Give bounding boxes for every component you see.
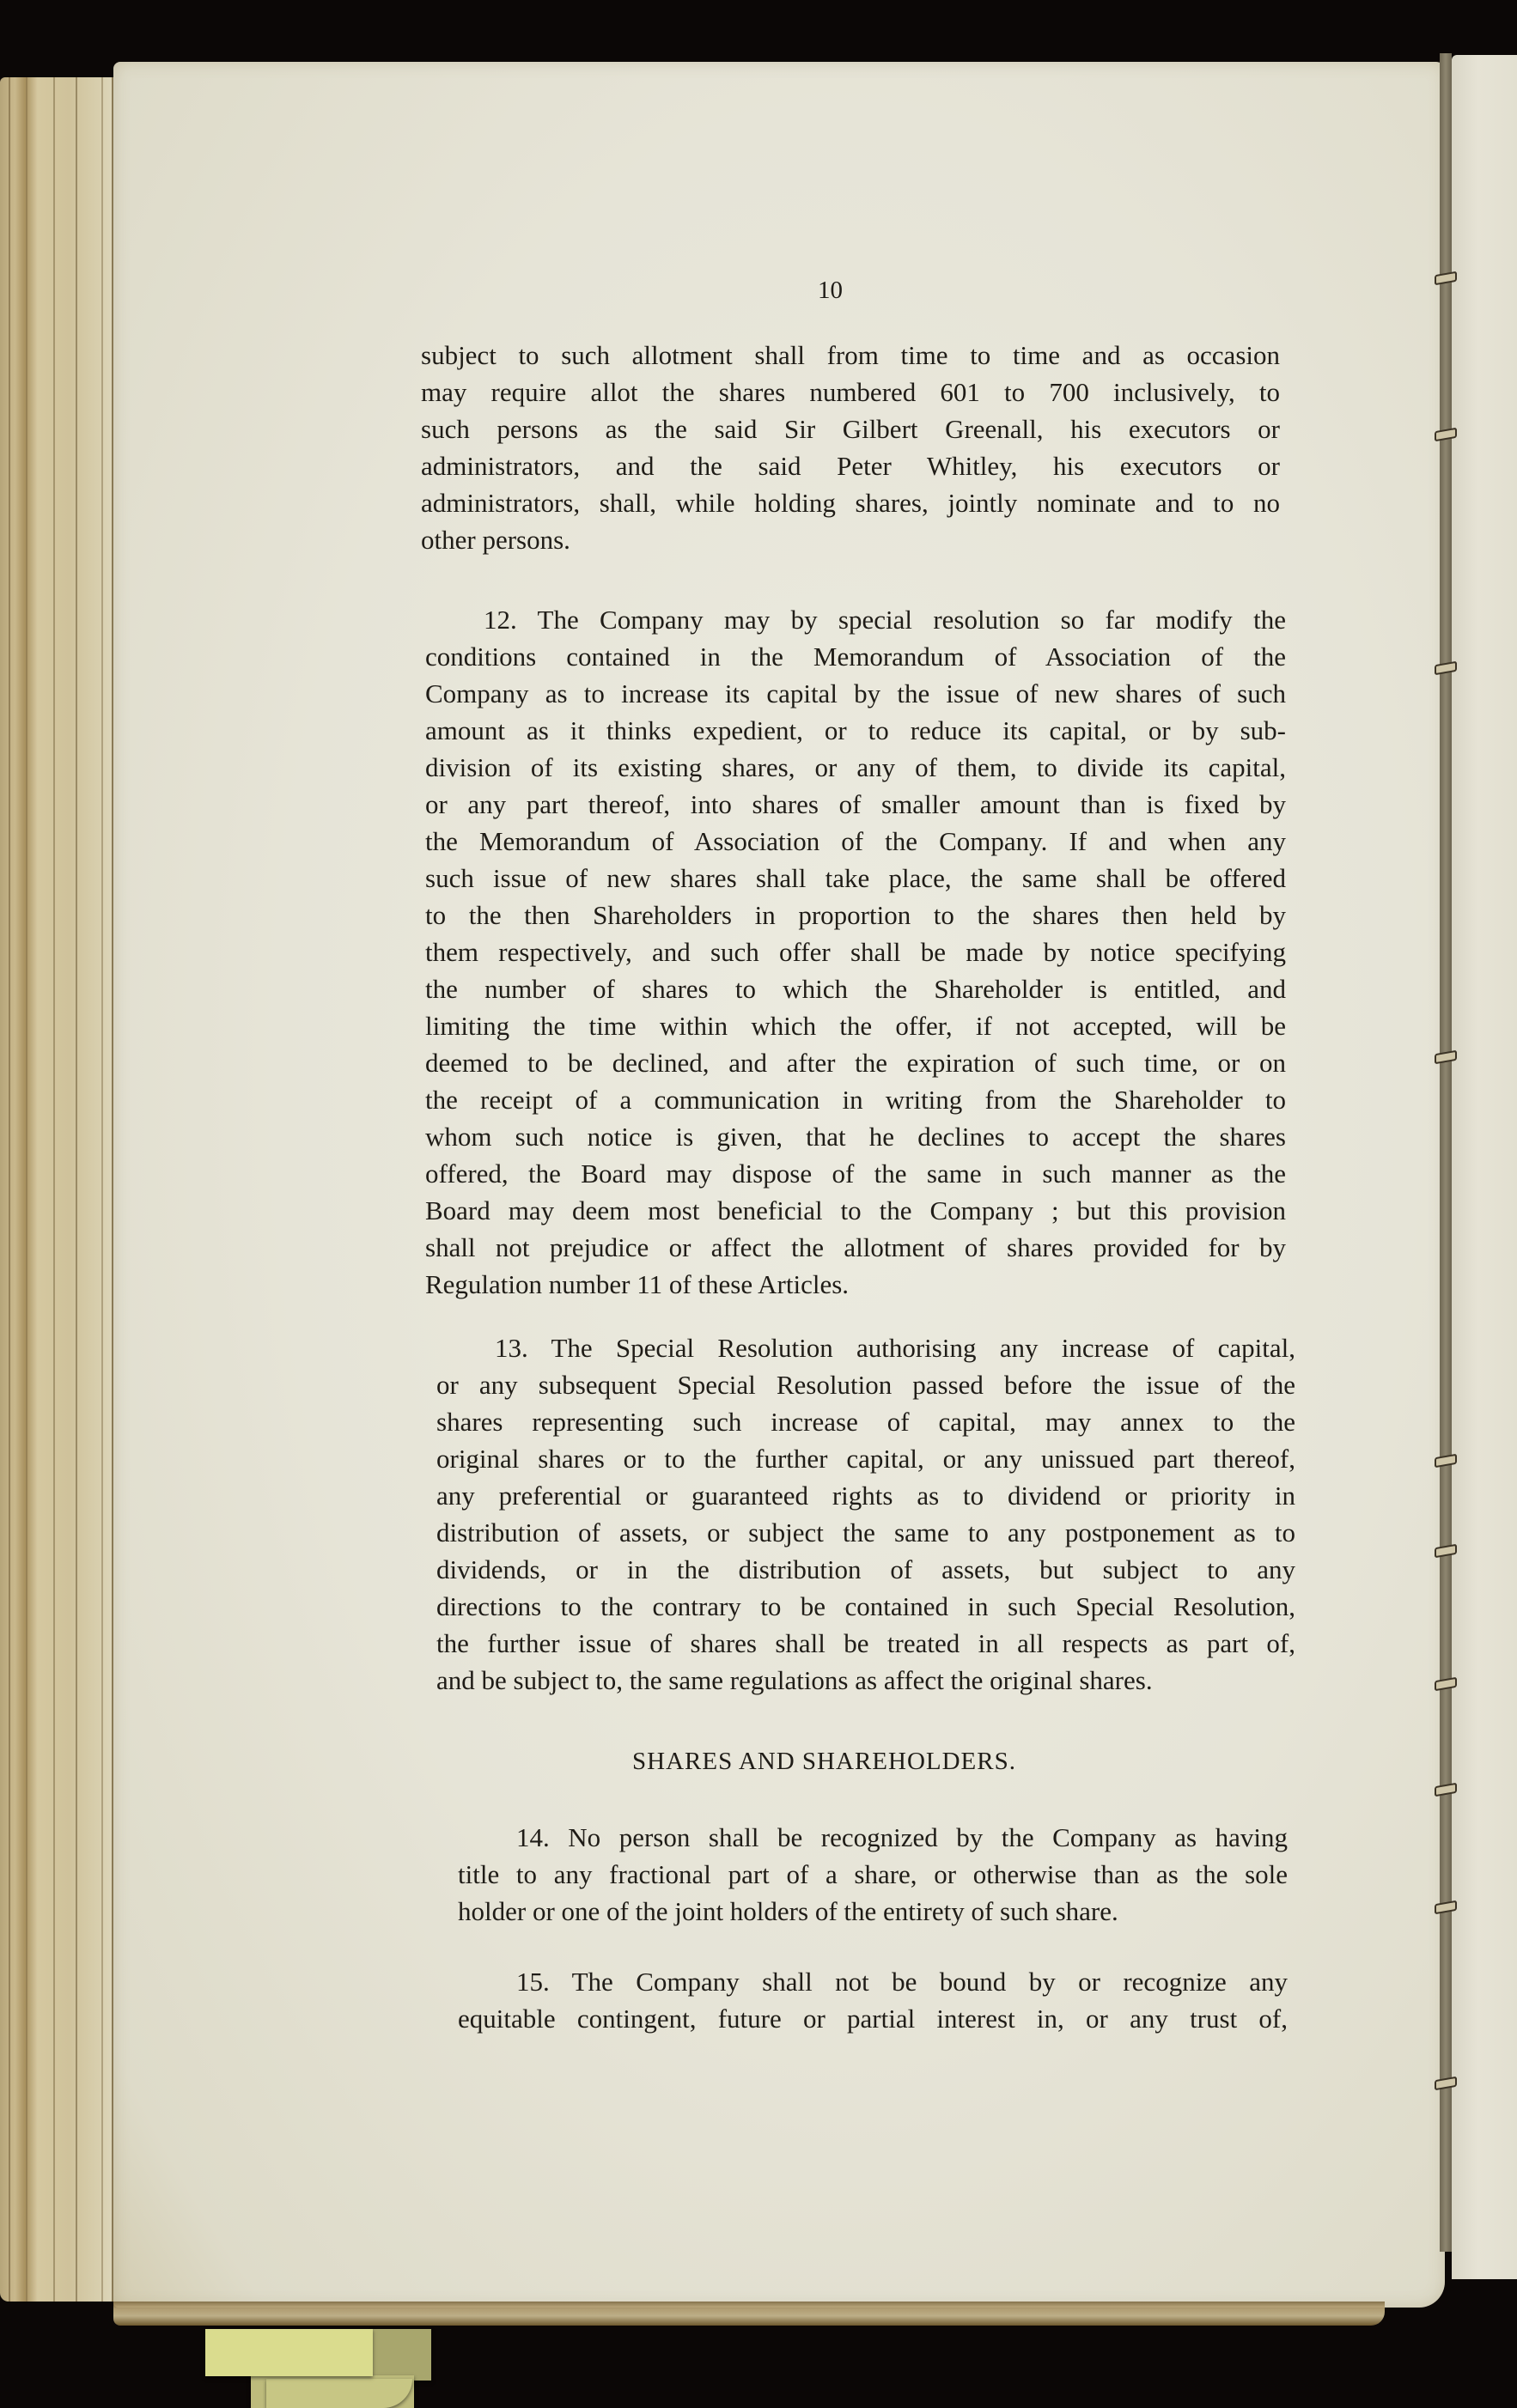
section-heading: SHARES AND SHAREHOLDERS. — [632, 1748, 1016, 1776]
article-15: 15. The Company shall not be bound by or… — [458, 1963, 1288, 2037]
book-spine-gap — [1440, 53, 1452, 2252]
text-line: may require allot the shares numbered 60… — [421, 374, 1280, 410]
page-edge-line — [101, 77, 103, 2302]
text-line: or any part thereof, into shares of smal… — [425, 786, 1286, 823]
text-line: original shares or to the further capita… — [436, 1440, 1295, 1477]
sticky-note — [205, 2329, 373, 2376]
text-line: such persons as the said Sir Gilbert Gre… — [421, 410, 1280, 447]
text-line: deemed to be declined, and after the exp… — [425, 1044, 1286, 1081]
text-line: distribution of assets, or subject the s… — [436, 1514, 1295, 1551]
page-edge-line — [9, 77, 10, 2302]
text-line: title to any fractional part of a share,… — [458, 1856, 1288, 1893]
text-line: amount as it thinks expedient, or to red… — [425, 712, 1286, 749]
text-line: or any subsequent Special Resolution pas… — [436, 1366, 1295, 1403]
text-line: Company as to increase its capital by th… — [425, 675, 1286, 712]
text-line: the further issue of shares shall be tre… — [436, 1625, 1295, 1662]
page-edge-line — [53, 77, 55, 2302]
article-12: 12. The Company may by special resolutio… — [425, 601, 1286, 1303]
article-number-line: 14. No person shall be recognized by the… — [458, 1819, 1288, 1856]
text-line: holder or one of the joint holders of th… — [458, 1893, 1288, 1930]
text-line: the receipt of a communication in writin… — [425, 1081, 1286, 1118]
text-line: administrators, and the said Peter Whitl… — [421, 447, 1280, 484]
scanned-book-spread: 10 subject to such allotment shall from … — [0, 0, 1517, 2408]
text-line: any preferential or guaranteed rights as… — [436, 1477, 1295, 1514]
article-number-line: 12. The Company may by special resolutio… — [425, 601, 1286, 638]
text-line: them respectively, and such offer shall … — [425, 933, 1286, 970]
article-number-line: 13. The Special Resolution authorising a… — [436, 1329, 1295, 1366]
text-line: conditions contained in the Memorandum o… — [425, 638, 1286, 675]
text-line: shares representing such increase of cap… — [436, 1403, 1295, 1440]
text-line: limiting the time within which the offer… — [425, 1007, 1286, 1044]
text-line: administrators, shall, while holding sha… — [421, 484, 1280, 521]
text-line: equitable contingent, future or partial … — [458, 2000, 1288, 2037]
facing-page-edge — [1452, 55, 1517, 2279]
page-edge-stack — [0, 77, 125, 2302]
text-line: Board may deem most beneficial to the Co… — [425, 1192, 1286, 1229]
page-edge-line — [26, 77, 27, 2302]
text-line: whom such notice is given, that he decli… — [425, 1118, 1286, 1155]
text-line: the Memorandum of Association of the Com… — [425, 823, 1286, 860]
text-line: to the then Shareholders in proportion t… — [425, 897, 1286, 933]
paragraph-continuation: subject to such allotment shall from tim… — [421, 337, 1280, 558]
text-line: other persons. — [421, 521, 1280, 558]
sticky-note — [266, 2379, 412, 2408]
text-line: subject to such allotment shall from tim… — [421, 337, 1280, 374]
page-edge-line — [76, 77, 77, 2302]
text-line: and be subject to, the same regulations … — [436, 1662, 1295, 1699]
article-number-line: 15. The Company shall not be bound by or… — [458, 1963, 1288, 2000]
text-line: offered, the Board may dispose of the sa… — [425, 1155, 1286, 1192]
text-line: Regulation number 11 of these Articles. — [425, 1266, 1286, 1303]
page-number: 10 — [818, 277, 843, 305]
text-line: directions to the contrary to be contain… — [436, 1588, 1295, 1625]
text-line: shall not prejudice or affect the allotm… — [425, 1229, 1286, 1266]
article-13: 13. The Special Resolution authorising a… — [436, 1329, 1295, 1699]
article-14: 14. No person shall be recognized by the… — [458, 1819, 1288, 1930]
text-line: the number of shares to which the Shareh… — [425, 970, 1286, 1007]
text-line: dividends, or in the distribution of ass… — [436, 1551, 1295, 1588]
text-line: division of its existing shares, or any … — [425, 749, 1286, 786]
page-bottom-edge — [113, 2302, 1385, 2326]
sticky-note — [371, 2329, 431, 2381]
text-line: such issue of new shares shall take plac… — [425, 860, 1286, 897]
